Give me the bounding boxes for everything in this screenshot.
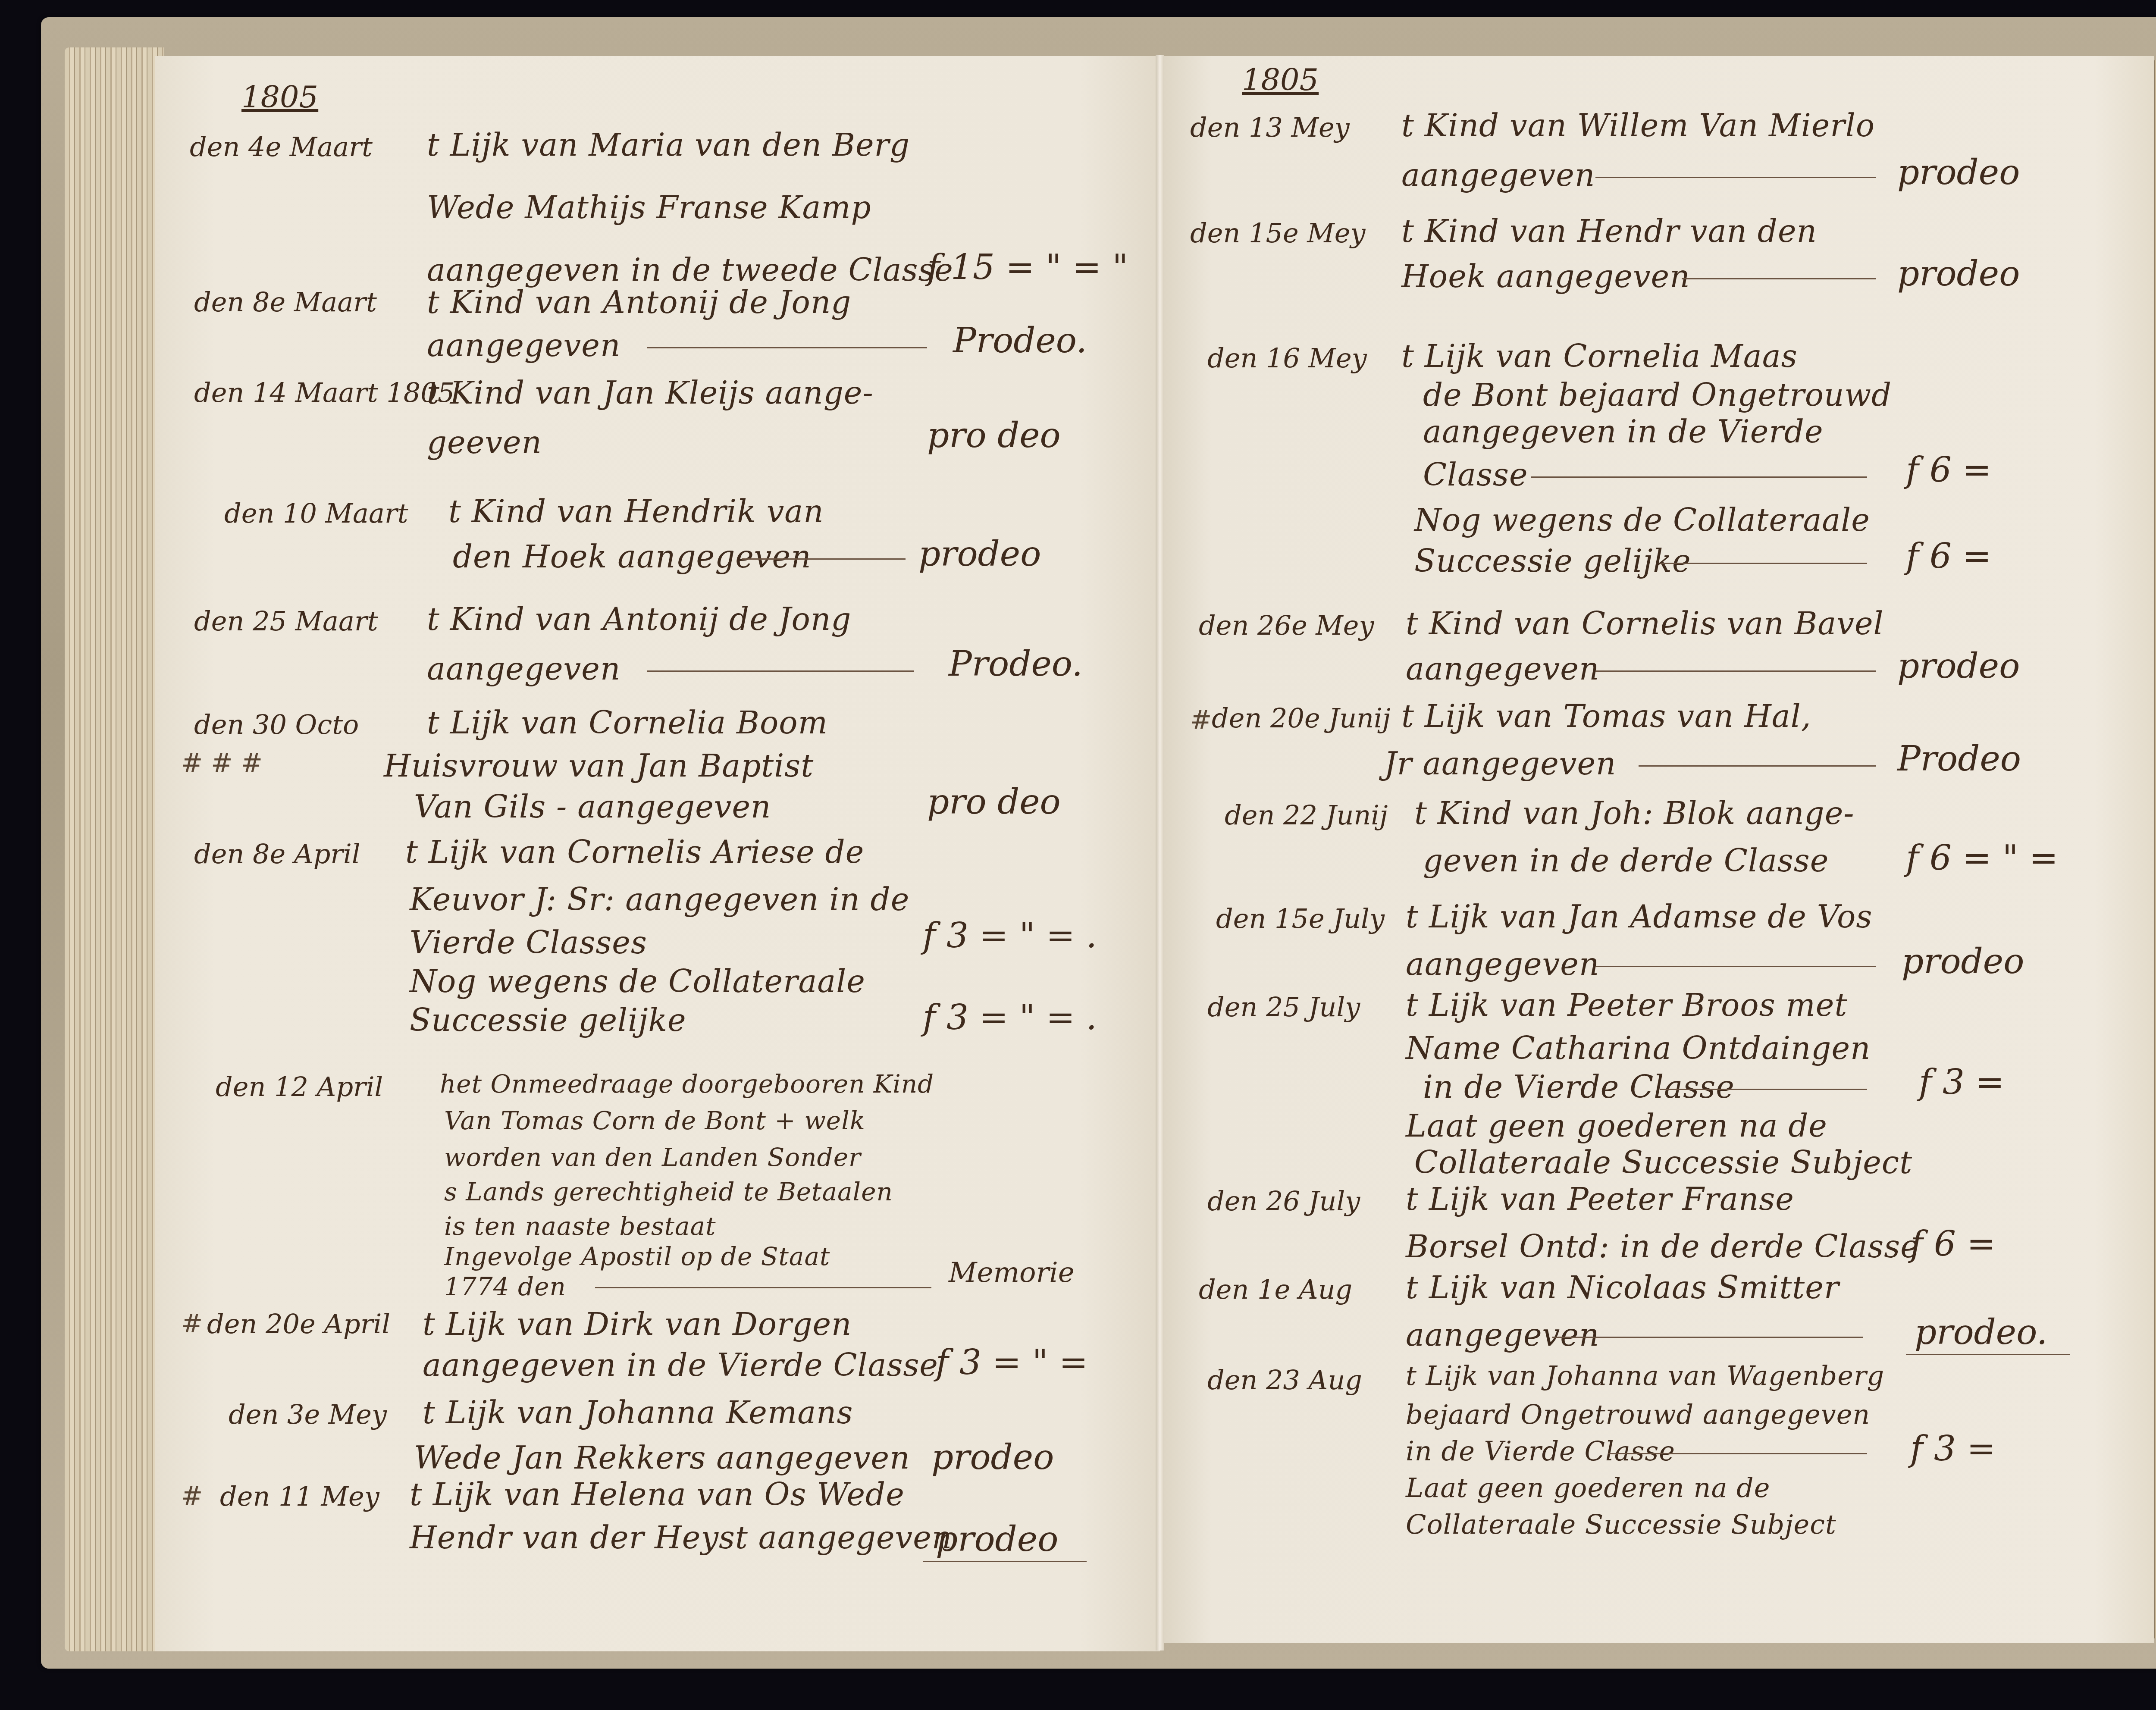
entry-date: den 8e April: [194, 841, 360, 868]
dash-leader: [1531, 476, 1867, 478]
entry-amount: f 3 = " = .: [923, 1000, 1097, 1035]
entry-line: t Kind van Hendr van den: [1401, 216, 1817, 247]
entry-amount: prodeo: [918, 537, 1041, 571]
entry-date: den 20e Junij: [1212, 705, 1391, 732]
entry-line: t Kind van Jan Kleijs aange-: [427, 377, 874, 408]
entry-line: Hoek aangegeven: [1401, 261, 1690, 292]
dash-leader: [742, 558, 906, 560]
margin-mark: #: [1190, 707, 1212, 733]
dash-leader: [1595, 670, 1876, 672]
entry-line: in de Vierde Classe: [1423, 1071, 1735, 1102]
dash-leader: [595, 1287, 931, 1288]
dash-leader: [1552, 1337, 1863, 1338]
entry-line: 1774 den: [444, 1274, 566, 1299]
entry-line: Van Tomas Corn de Bont + welk: [444, 1108, 865, 1133]
dash-leader: [1595, 177, 1876, 178]
entry-line: is ten naaste bestaat: [444, 1214, 716, 1239]
entry-line: Vierde Classes: [410, 927, 647, 958]
entry-line: Wede Mathijs Franse Kamp: [427, 192, 871, 223]
entry-line: Keuvor J: Sr: aangegeven in de: [410, 884, 909, 915]
entry-amount: prodeo: [1902, 944, 2024, 979]
entry-line: t Lijk van Maria van den Berg: [427, 129, 910, 160]
entry-line: t Lijk van Johanna Kemans: [423, 1397, 853, 1428]
dash-leader: [1639, 765, 1876, 767]
entry-line: t Lijk van Cornelis Ariese de: [405, 836, 864, 868]
entry-date: den 15e July: [1216, 905, 1385, 932]
entry-amount: pro deo: [927, 418, 1061, 453]
entry-line: Hendr van der Heyst aangegeven: [410, 1522, 952, 1553]
entry-amount: pro deo: [927, 785, 1061, 819]
entry-date: den 23 Aug: [1207, 1367, 1362, 1394]
margin-mark: #: [181, 1483, 203, 1509]
entry-line: Van Gils - aangegeven: [414, 791, 771, 822]
entry-line: aangegeven: [1406, 1319, 1599, 1350]
entry-line: t Kind van Antonij de Jong: [427, 287, 851, 318]
entry-amount: prodeo: [1897, 155, 2020, 190]
entry-line: aangegeven: [1401, 160, 1595, 191]
entry-line: t Lijk van Dirk van Dorgen: [423, 1309, 852, 1340]
entry-line: Nog wegens de Collateraale: [1414, 504, 1870, 536]
entry-date: den 25 Maart: [194, 608, 378, 635]
entry-line: Collateraale Successie Subject: [1414, 1147, 1912, 1178]
entry-line: t Lijk van Cornelia Boom: [427, 707, 828, 738]
entry-line: t Lijk van Tomas van Hal,: [1401, 701, 1811, 732]
entry-date: den 3e Mey: [229, 1401, 387, 1428]
entry-date: den 4e Maart: [190, 134, 373, 160]
entry-line: t Lijk van Helena van Os Wede: [410, 1479, 905, 1510]
entry-date: den 13 Mey: [1190, 114, 1350, 141]
entry-line: t Lijk van Nicolaas Smitter: [1406, 1272, 1839, 1303]
entry-date: den 12 April: [216, 1074, 383, 1100]
entry-amount: Prodeo: [1897, 742, 2021, 776]
entry-line: t Lijk van Peeter Franse: [1406, 1184, 1794, 1215]
entry-line: aangegeven: [1406, 653, 1599, 684]
underline: [923, 1561, 1087, 1562]
entry-line: Wede Jan Rekkers aangegeven: [414, 1442, 910, 1473]
left-page-stack: [65, 47, 164, 1651]
entry-amount: prodeo: [931, 1440, 1054, 1475]
entry-amount: f 3 =: [1919, 1065, 2004, 1099]
entry-line: t Lijk van Jan Adamse de Vos: [1406, 901, 1872, 932]
page-year: 1805: [241, 82, 318, 112]
entry-line: t Lijk van Johanna van Wagenberg: [1406, 1362, 1884, 1389]
entry-amount: f 6 =: [1906, 539, 1991, 573]
entry-line: Successie gelijke: [410, 1005, 686, 1036]
entry-amount: f 6 = " =: [1906, 841, 2058, 875]
entry-line: aangegeven in de tweede Classe: [427, 254, 953, 285]
entry-date: den 8e Maart: [194, 289, 377, 316]
entry-line: Jr aangegeven: [1384, 748, 1616, 779]
dash-leader: [1682, 278, 1876, 279]
entry-amount: prodeo: [1897, 257, 2020, 291]
entry-line: Laat geen goederen na de: [1406, 1475, 1770, 1501]
entry-date: den 22 Junij: [1225, 802, 1388, 829]
margin-mark: # # #: [181, 750, 263, 776]
entry-line: t Kind van Joh: Blok aange-: [1414, 798, 1855, 829]
entry-line: aangegeven in de Vierde Classe: [423, 1350, 938, 1381]
entry-line: t Lijk van Peeter Broos met: [1406, 990, 1847, 1021]
entry-amount: Prodeo.: [949, 647, 1083, 681]
entry-line: den Hoek aangegeven: [453, 541, 812, 572]
entry-line: t Kind van Hendrik van: [448, 496, 824, 527]
entry-amount: f 6 =: [1906, 453, 1991, 487]
entry-line: Name Catharina Ontdaingen: [1406, 1033, 1871, 1064]
entry-date: den 14 Maart 1805: [194, 379, 454, 406]
entry-line: t Kind van Cornelis van Bavel: [1406, 608, 1884, 639]
entry-date: den 25 July: [1207, 994, 1360, 1021]
dash-leader: [647, 347, 927, 348]
entry-line: Successie gelijke: [1414, 545, 1691, 576]
entry-amount: f 6 =: [1910, 1227, 1996, 1261]
page-year: 1805: [1242, 65, 1319, 95]
entry-line: t Kind van Antonij de Jong: [427, 604, 851, 635]
entry-line: t Lijk van Cornelia Maas: [1401, 341, 1798, 372]
entry-line: Borsel Ontd: in de derde Classe: [1406, 1231, 1919, 1262]
dash-leader: [1660, 1089, 1867, 1090]
entry-amount: f 3 = " =: [936, 1345, 1088, 1380]
entry-line: aangegeven: [1406, 949, 1599, 980]
entry-date: den 20e April: [207, 1311, 390, 1337]
entry-line: s Lands gerechtigheid te Betaalen: [444, 1179, 893, 1204]
entry-line: de Bont bejaard Ongetrouwd: [1423, 379, 1892, 410]
entry-date: den 26 July: [1207, 1188, 1360, 1215]
underline: [1906, 1354, 2070, 1355]
entry-date: den 30 Octo: [194, 711, 359, 738]
entry-amount: prodeo.: [1915, 1315, 2047, 1350]
entry-line: t Kind van Willem Van Mierlo: [1401, 110, 1875, 141]
dash-leader: [1660, 563, 1867, 564]
entry-line: het Onmeedraage doorgebooren Kind: [440, 1071, 934, 1096]
entry-amount: prodeo: [936, 1522, 1058, 1557]
entry-date: den 10 Maart: [224, 500, 408, 527]
entry-date: den 15e Mey: [1190, 220, 1366, 247]
entry-amount: f 15 = " = ": [927, 250, 1128, 285]
entry-line: Huisvrouw van Jan Baptist: [384, 750, 814, 781]
entry-amount: f 3 =: [1910, 1431, 1996, 1466]
entry-amount: prodeo: [1897, 649, 2020, 683]
entry-line: aangegeven in de Vierde: [1423, 416, 1824, 447]
dash-leader: [1608, 1453, 1867, 1454]
entry-line: Nog wegens de Collateraale: [410, 966, 865, 997]
entry-line: aangegeven: [427, 330, 620, 361]
dash-leader: [647, 670, 914, 672]
entry-date: den 11 Mey: [220, 1483, 379, 1510]
entry-line: geeven: [427, 427, 542, 458]
entry-line: aangegeven: [427, 653, 620, 684]
entry-amount: Prodeo.: [953, 323, 1087, 358]
entry-amount: Memorie: [949, 1259, 1075, 1287]
entry-date: den 26e Mey: [1199, 612, 1374, 639]
entry-date: den 16 Mey: [1207, 345, 1367, 372]
entry-line: geven in de derde Classe: [1423, 845, 1829, 876]
entry-line: Laat geen goederen na de: [1406, 1110, 1827, 1141]
entry-line: Classe: [1423, 459, 1528, 490]
entry-amount: f 3 = " = .: [923, 918, 1097, 953]
entry-date: den 1e Aug: [1199, 1276, 1352, 1303]
entry-line: in de Vierde Classe: [1406, 1438, 1675, 1465]
margin-mark: #: [181, 1311, 203, 1337]
dash-leader: [1595, 966, 1876, 967]
entry-line: Ingevolge Apostil op de Staat: [444, 1244, 830, 1269]
entry-line: worden van den Landen Sonder: [444, 1145, 861, 1170]
entry-line: Collateraale Successie Subject: [1406, 1511, 1836, 1538]
book-gutter: [1156, 55, 1164, 1650]
entry-line: bejaard Ongetrouwd aangegeven: [1406, 1401, 1870, 1428]
